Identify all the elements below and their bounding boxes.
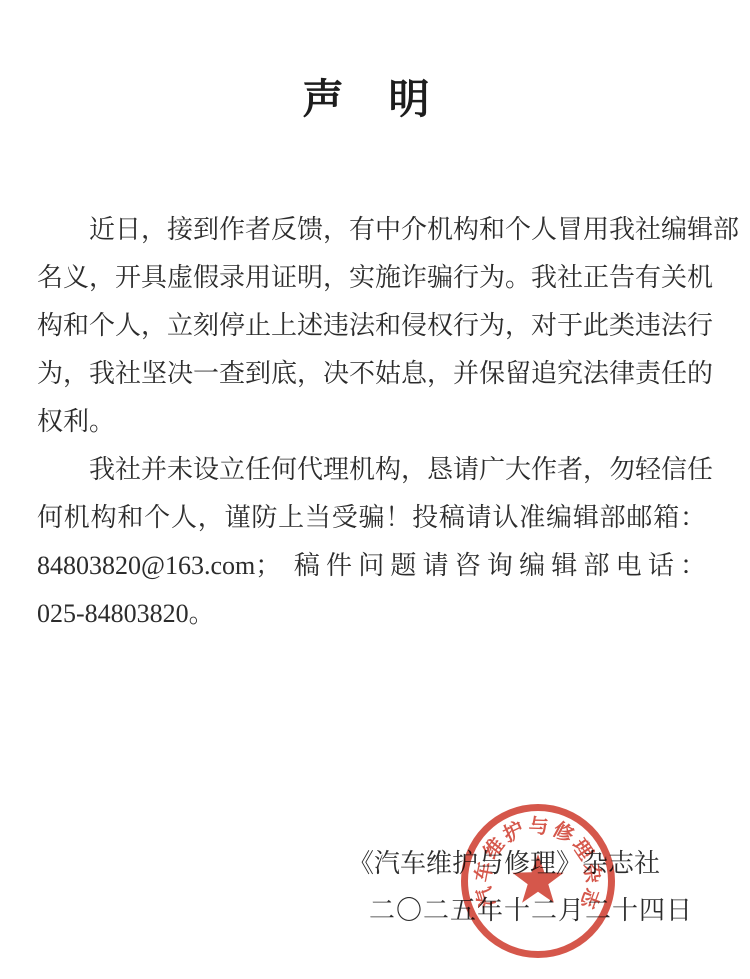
statement-line: 构和个人，立刻停止上述违法和侵权行为，对于此类违法行 [37,302,706,350]
statement-body: 近日，接到作者反馈，有中介机构和个人冒用我社编辑部 名义，开具虚假录用证明，实施… [37,206,706,638]
statement-line: 为，我社坚决一查到底，决不姑息，并保留追究法律责任的 [37,350,706,398]
statement-line: 权利。 [37,398,706,446]
statement-line: 我社并未设立任何代理机构，恳请广大作者，勿轻信任 [37,446,706,494]
statement-line-phone: 025-84803820。 [37,590,706,638]
statement-page: { "document": { "title": "声 明", "paragra… [0,0,750,979]
signature-date: 二〇二五年十二月二十四日 [348,887,693,934]
signature-organization: 《汽车维护与修理》杂志社 [348,840,693,887]
statement-line-email: 84803820@163.com； 稿件问题请咨询编辑部电话： [37,542,706,590]
statement-line: 近日，接到作者反馈，有中介机构和个人冒用我社编辑部 [37,206,706,254]
signature-block: 《汽车维护与修理》杂志社 二〇二五年十二月二十四日 [348,840,693,934]
paragraph-2: 我社并未设立任何代理机构，恳请广大作者，勿轻信任 何机构和个人，谨防上当受骗！投… [37,446,706,638]
statement-line: 名义，开具虚假录用证明，实施诈骗行为。我社正告有关机 [37,254,706,302]
page-title: 声 明 [0,66,742,125]
statement-line: 何机构和个人，谨防上当受骗！投稿请认准编辑部邮箱： [37,494,706,542]
paragraph-1: 近日，接到作者反馈，有中介机构和个人冒用我社编辑部 名义，开具虚假录用证明，实施… [37,206,706,446]
